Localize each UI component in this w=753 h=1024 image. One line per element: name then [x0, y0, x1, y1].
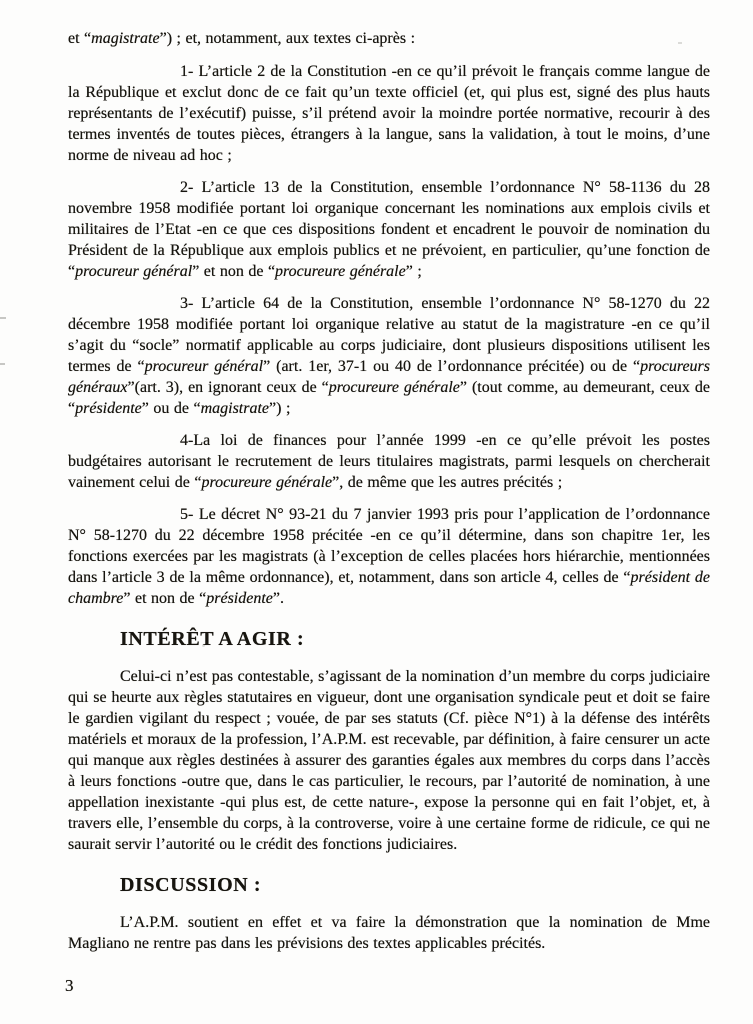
scan-artifact	[678, 42, 682, 44]
document-content: et “magistrate”) ; et, notamment, aux te…	[68, 28, 710, 965]
numbered-paragraph-2: 2- L’article 13 de la Constitution, ense…	[68, 177, 710, 282]
interet-a-agir-paragraph: Celui-ci n’est pas contestable, s’agissa…	[68, 666, 710, 855]
scan-artifact	[202, 644, 205, 647]
scan-artifact	[0, 363, 5, 365]
numbered-paragraph-3: 3- L’article 64 de la Constitution, ense…	[68, 293, 710, 419]
section-heading-interet-a-agir: INTÉRÊT A AGIR :	[120, 628, 710, 651]
section-heading-discussion: DISCUSSION :	[120, 874, 710, 897]
page-number: 3	[65, 976, 74, 996]
numbered-paragraph-1: 1- L’article 2 de la Constitution -en ce…	[68, 61, 710, 166]
scanned-document-page: et “magistrate”) ; et, notamment, aux te…	[0, 0, 753, 1024]
numbered-paragraph-5: 5- Le décret N° 93-21 du 7 janvier 1993 …	[68, 504, 710, 609]
numbered-paragraph-4: 4-La loi de finances pour l’année 1999 -…	[68, 430, 710, 493]
scan-artifact	[0, 317, 6, 319]
intro-line: et “magistrate”) ; et, notamment, aux te…	[68, 28, 710, 49]
discussion-paragraph: L’A.P.M. soutient en effet et va faire l…	[68, 912, 710, 954]
